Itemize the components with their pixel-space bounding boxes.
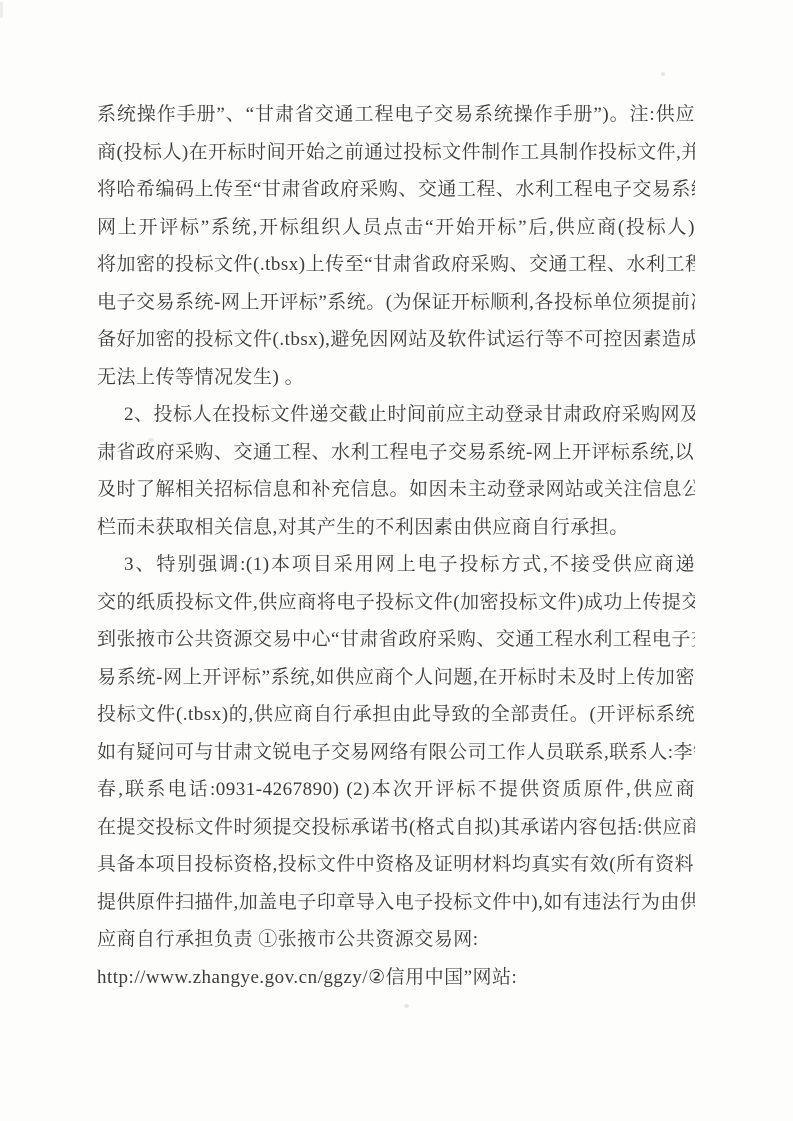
text-line: 提供原件扫描件,加盖电子印章导入电子投标文件中),如有违法行为由供	[97, 884, 695, 922]
text-line: 春,联系电话:0931-4267890) (2)本次开评标不提供资质原件,供应商	[97, 771, 695, 809]
scan-artifact	[404, 1004, 409, 1008]
paragraph: 3、特别强调:(1)本项目采用网上电子投标方式,不接受供应商递交的纸质投标文件,…	[97, 546, 695, 996]
text-line: 应商自行承担负责 ①张掖市公共资源交易网:	[97, 921, 695, 959]
text-line: 投标文件(.tbsx)的,供应商自行承担由此导致的全部责任。(开评标系统	[97, 696, 695, 734]
text-line: 将哈希编码上传至“甘肃省政府采购、交通工程、水利工程电子交易系统-	[97, 171, 695, 209]
text-line: 将加密的投标文件(.tbsx)上传至“甘肃省政府采购、交通工程、水利工程	[97, 246, 695, 284]
text-line: 在提交投标文件时须提交投标承诺书(格式自拟)其承诺内容包括:供应商	[97, 809, 695, 847]
scan-artifact	[0, 2, 3, 18]
text-line: 具备本项目投标资格,投标文件中资格及证明材料均真实有效(所有资料均	[97, 846, 695, 884]
text-line: 易系统-网上开评标”系统,如供应商个人问题,在开标时未及时上传加密	[97, 659, 695, 697]
text-line: 系统操作手册”、“甘肃省交通工程电子交易系统操作手册”)。注:供应	[97, 96, 695, 134]
text-line: 电子交易系统-网上开评标”系统。(为保证开标顺利,各投标单位须提前准	[97, 284, 695, 322]
text-line: 交的纸质投标文件,供应商将电子投标文件(加密投标文件)成功上传提交	[97, 584, 695, 622]
text-line: 及时了解相关招标信息和补充信息。如因未主动登录网站或关注信息公布	[97, 471, 695, 509]
text-line: 如有疑问可与甘肃文锐电子交易网络有限公司工作人员联系,联系人:李锦	[97, 734, 695, 772]
text-line: 到张掖市公共资源交易中心“甘肃省政府采购、交通工程水利工程电子交	[97, 621, 695, 659]
text-line: 商(投标人)在开标时间开始之前通过投标文件制作工具制作投标文件,并	[97, 134, 695, 172]
text-line: 备好加密的投标文件(.tbsx),避免因网站及软件试运行等不可控因素造成	[97, 321, 695, 359]
text-line: 3、特别强调:(1)本项目采用网上电子投标方式,不接受供应商递	[97, 546, 695, 584]
text-line: 栏而未获取相关信息,对其产生的不利因素由供应商自行承担。	[97, 509, 695, 547]
paragraph: 系统操作手册”、“甘肃省交通工程电子交易系统操作手册”)。注:供应商(投标人)在…	[97, 96, 695, 396]
text-line: 无法上传等情况发生) 。	[97, 359, 695, 397]
scan-artifact	[661, 72, 665, 76]
document-page: 系统操作手册”、“甘肃省交通工程电子交易系统操作手册”)。注:供应商(投标人)在…	[0, 0, 793, 1121]
text-line: http://www.zhangye.gov.cn/ggzy/②信用中国”网站:	[97, 959, 695, 997]
paragraph: 2、投标人在投标文件递交截止时间前应主动登录甘肃政府采购网及甘肃省政府采购、交通…	[97, 396, 695, 546]
text-line: 2、投标人在投标文件递交截止时间前应主动登录甘肃政府采购网及甘	[97, 396, 695, 434]
text-line: 网上开评标”系统,开标组织人员点击“开始开标”后,供应商(投标人)	[97, 209, 695, 247]
text-column: 系统操作手册”、“甘肃省交通工程电子交易系统操作手册”)。注:供应商(投标人)在…	[97, 96, 695, 996]
text-line: 肃省政府采购、交通工程、水利工程电子交易系统-网上开评标系统,以便	[97, 434, 695, 472]
